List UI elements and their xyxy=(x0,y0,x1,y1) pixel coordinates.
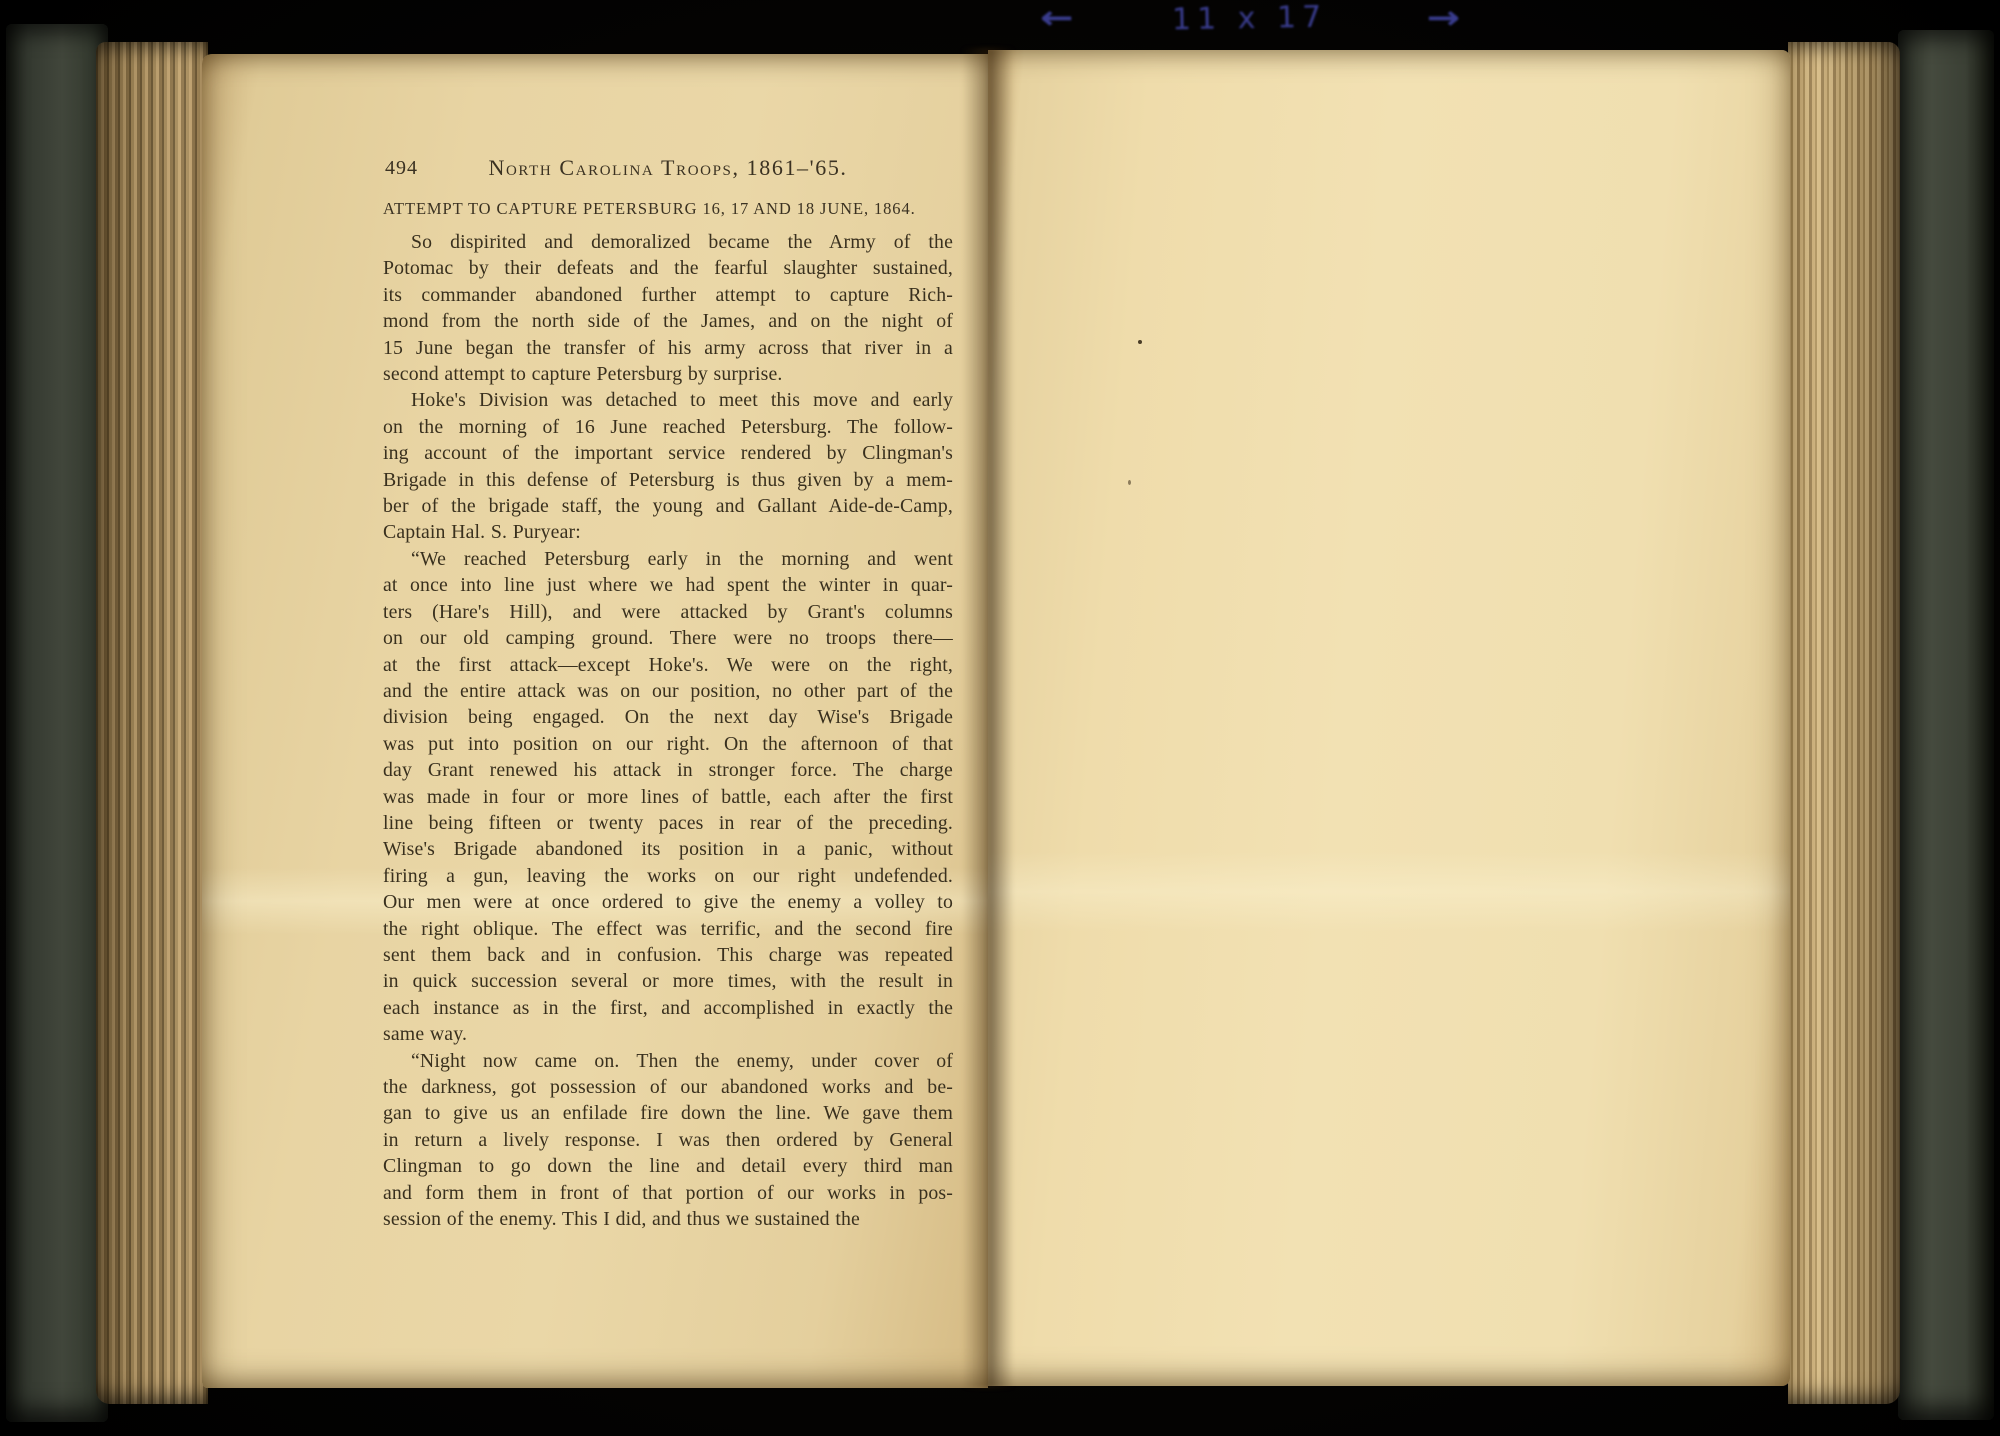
text-line: mond from the north side of the James, a… xyxy=(383,308,953,334)
running-header: North Carolina Troops, 1861–'65. xyxy=(383,155,953,181)
text-line: Our men were at once ordered to give the… xyxy=(383,889,953,915)
text-line: day Grant renewed his attack in stronger… xyxy=(383,757,953,783)
text-line: ber of the brigade staff, the young and … xyxy=(383,493,953,519)
text-line: and form them in front of that portion o… xyxy=(383,1180,953,1206)
text-line: 15 June began the transfer of his army a… xyxy=(383,335,953,361)
text-line: in return a lively response. I was then … xyxy=(383,1127,953,1153)
size-annotation: ← 11 x 17 → xyxy=(1040,0,1460,42)
text-line: sent them back and in confusion. This ch… xyxy=(383,942,953,968)
text-line: at the first attack—except Hoke's. We we… xyxy=(383,652,953,678)
book-cover-left xyxy=(6,24,108,1422)
running-header-row: 494 North Carolina Troops, 1861–'65. xyxy=(383,155,953,185)
left-arrow-icon: ← xyxy=(1040,0,1074,36)
right-arrow-icon: → xyxy=(1426,0,1460,36)
size-annotation-label: 11 x 17 xyxy=(1172,0,1328,37)
text-line: in quick succession several or more time… xyxy=(383,968,953,994)
text-line: So dispirited and demoralized became the… xyxy=(383,229,953,255)
paragraph: Hoke's Division was detached to meet thi… xyxy=(383,387,953,545)
text-line: division being engaged. On the next day … xyxy=(383,704,953,730)
text-line: on the morning of 16 June reached Peters… xyxy=(383,414,953,440)
paragraph: So dispirited and demoralized became the… xyxy=(383,229,953,387)
text-line: was made in four or more lines of battle… xyxy=(383,784,953,810)
text-line: “We reached Petersburg early in the morn… xyxy=(383,546,953,572)
text-line: its commander abandoned further attempt … xyxy=(383,282,953,308)
text-line: on our old camping ground. There were no… xyxy=(383,625,953,651)
text-line: and the entire attack was on our positio… xyxy=(383,678,953,704)
left-page: 494 North Carolina Troops, 1861–'65. ATT… xyxy=(202,54,988,1388)
text-line: “Night now came on. Then the enemy, unde… xyxy=(383,1048,953,1074)
paragraph: “We reached Petersburg early in the morn… xyxy=(383,546,953,1048)
printed-text-block: 494 North Carolina Troops, 1861–'65. ATT… xyxy=(383,155,953,1232)
text-line: gan to give us an enfilade fire down the… xyxy=(383,1100,953,1126)
text-line: session of the enemy. This I did, and th… xyxy=(383,1206,953,1232)
text-line: ters (Hare's Hill), and were attacked by… xyxy=(383,599,953,625)
text-line: the darkness, got possession of our aban… xyxy=(383,1074,953,1100)
body-text: So dispirited and demoralized became the… xyxy=(383,229,953,1232)
text-line: Captain Hal. S. Puryear: xyxy=(383,519,953,545)
page-edges-left xyxy=(96,42,208,1404)
text-line: Wise's Brigade abandoned its position in… xyxy=(383,836,953,862)
book-cover-right xyxy=(1898,30,1994,1420)
paper-speck xyxy=(1138,340,1142,344)
text-line: ing account of the important service ren… xyxy=(383,440,953,466)
book-scan-photo: ← 11 x 17 → 494 North Carolina Troops, 1… xyxy=(0,0,2000,1436)
text-line: at once into line just where we had spen… xyxy=(383,572,953,598)
text-line: each instance as in the first, and accom… xyxy=(383,995,953,1021)
text-line: firing a gun, leaving the works on our r… xyxy=(383,863,953,889)
text-line: line being fifteen or twenty paces in re… xyxy=(383,810,953,836)
paragraph: “Night now came on. Then the enemy, unde… xyxy=(383,1048,953,1233)
page-number: 494 xyxy=(385,157,418,180)
right-page xyxy=(988,50,1790,1386)
gutter-shadow xyxy=(962,48,1014,1388)
text-line: Potomac by their defeats and the fearful… xyxy=(383,255,953,281)
text-line: second attempt to capture Petersburg by … xyxy=(383,361,953,387)
text-line: was put into position on our right. On t… xyxy=(383,731,953,757)
page-edges-right xyxy=(1788,42,1900,1404)
section-heading: ATTEMPT TO CAPTURE PETERSBURG 16, 17 AND… xyxy=(383,199,953,219)
text-line: Brigade in this defense of Petersburg is… xyxy=(383,467,953,493)
text-line: same way. xyxy=(383,1021,953,1047)
paper-speck xyxy=(1128,480,1131,485)
text-line: the right oblique. The effect was terrif… xyxy=(383,916,953,942)
text-line: Clingman to go down the line and detail … xyxy=(383,1153,953,1179)
text-line: Hoke's Division was detached to meet thi… xyxy=(383,387,953,413)
